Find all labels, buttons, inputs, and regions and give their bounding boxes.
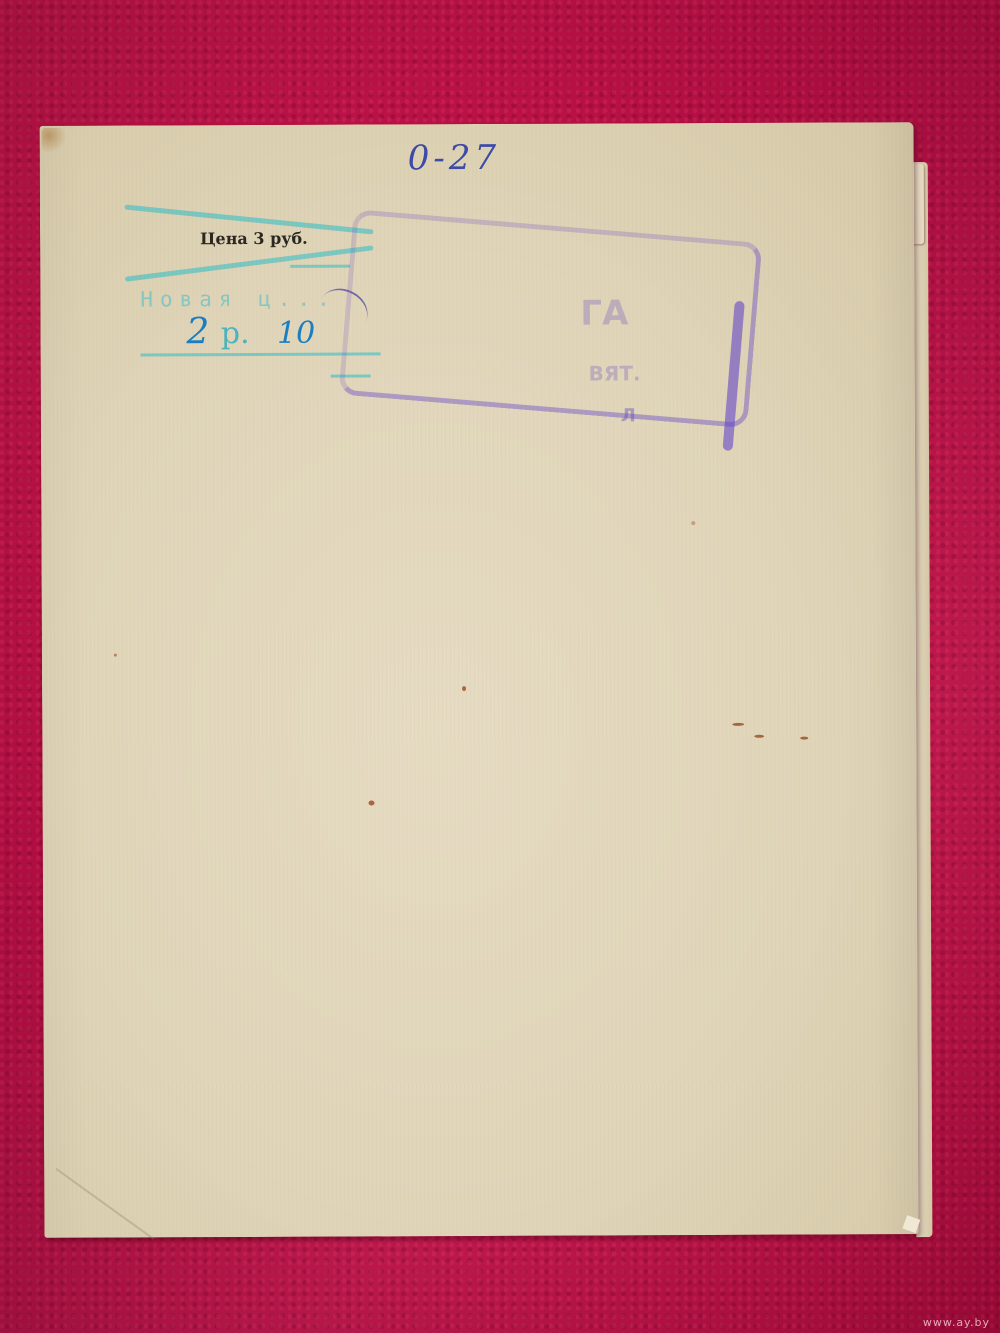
bookshop-stamp-frame [338, 209, 762, 428]
bookshop-stamp-text-1: ГА [580, 293, 628, 333]
price-strike-line-2 [125, 245, 374, 282]
new-price-stamp-label: Новая ц... [140, 287, 337, 312]
new-price-stamp-underline [141, 352, 381, 356]
foxing-spot [732, 723, 744, 726]
book: 0-27 Цена 3 руб. Новая ц... 2 р. 10 ГА В… [40, 122, 923, 1244]
foxing-spot [754, 735, 764, 738]
printed-price: Цена 3 руб. [200, 229, 308, 248]
catalog-number: 0-27 [408, 138, 501, 178]
new-price-rubles: 2 [186, 311, 209, 352]
foxing-spot [800, 737, 808, 740]
foxing-spot [114, 654, 117, 657]
site-watermark: www.ay.by [923, 1316, 990, 1329]
bookshop-stamp-edge [722, 301, 744, 451]
price-strike-line-1 [124, 204, 373, 234]
stamp-rule [290, 265, 350, 268]
new-price-kopecks: 10 [277, 316, 315, 351]
corner-crease [56, 1168, 155, 1240]
foxing-spot [369, 800, 375, 805]
new-price-stamp-mark [331, 374, 371, 377]
pen-cancel-mark [311, 280, 375, 340]
bookshop-stamp-text-3: Л [621, 405, 636, 426]
corner-stain [42, 128, 66, 154]
foxing-spot [462, 686, 466, 691]
back-cover: 0-27 Цена 3 руб. Новая ц... 2 р. 10 ГА В… [40, 122, 919, 1238]
foxing-spot [691, 521, 695, 525]
new-price-value: 2 р. 10 [186, 311, 315, 353]
ruble-abbreviation: р. [221, 316, 250, 351]
bookshop-stamp-text-2: ВЯТ. [589, 361, 641, 385]
